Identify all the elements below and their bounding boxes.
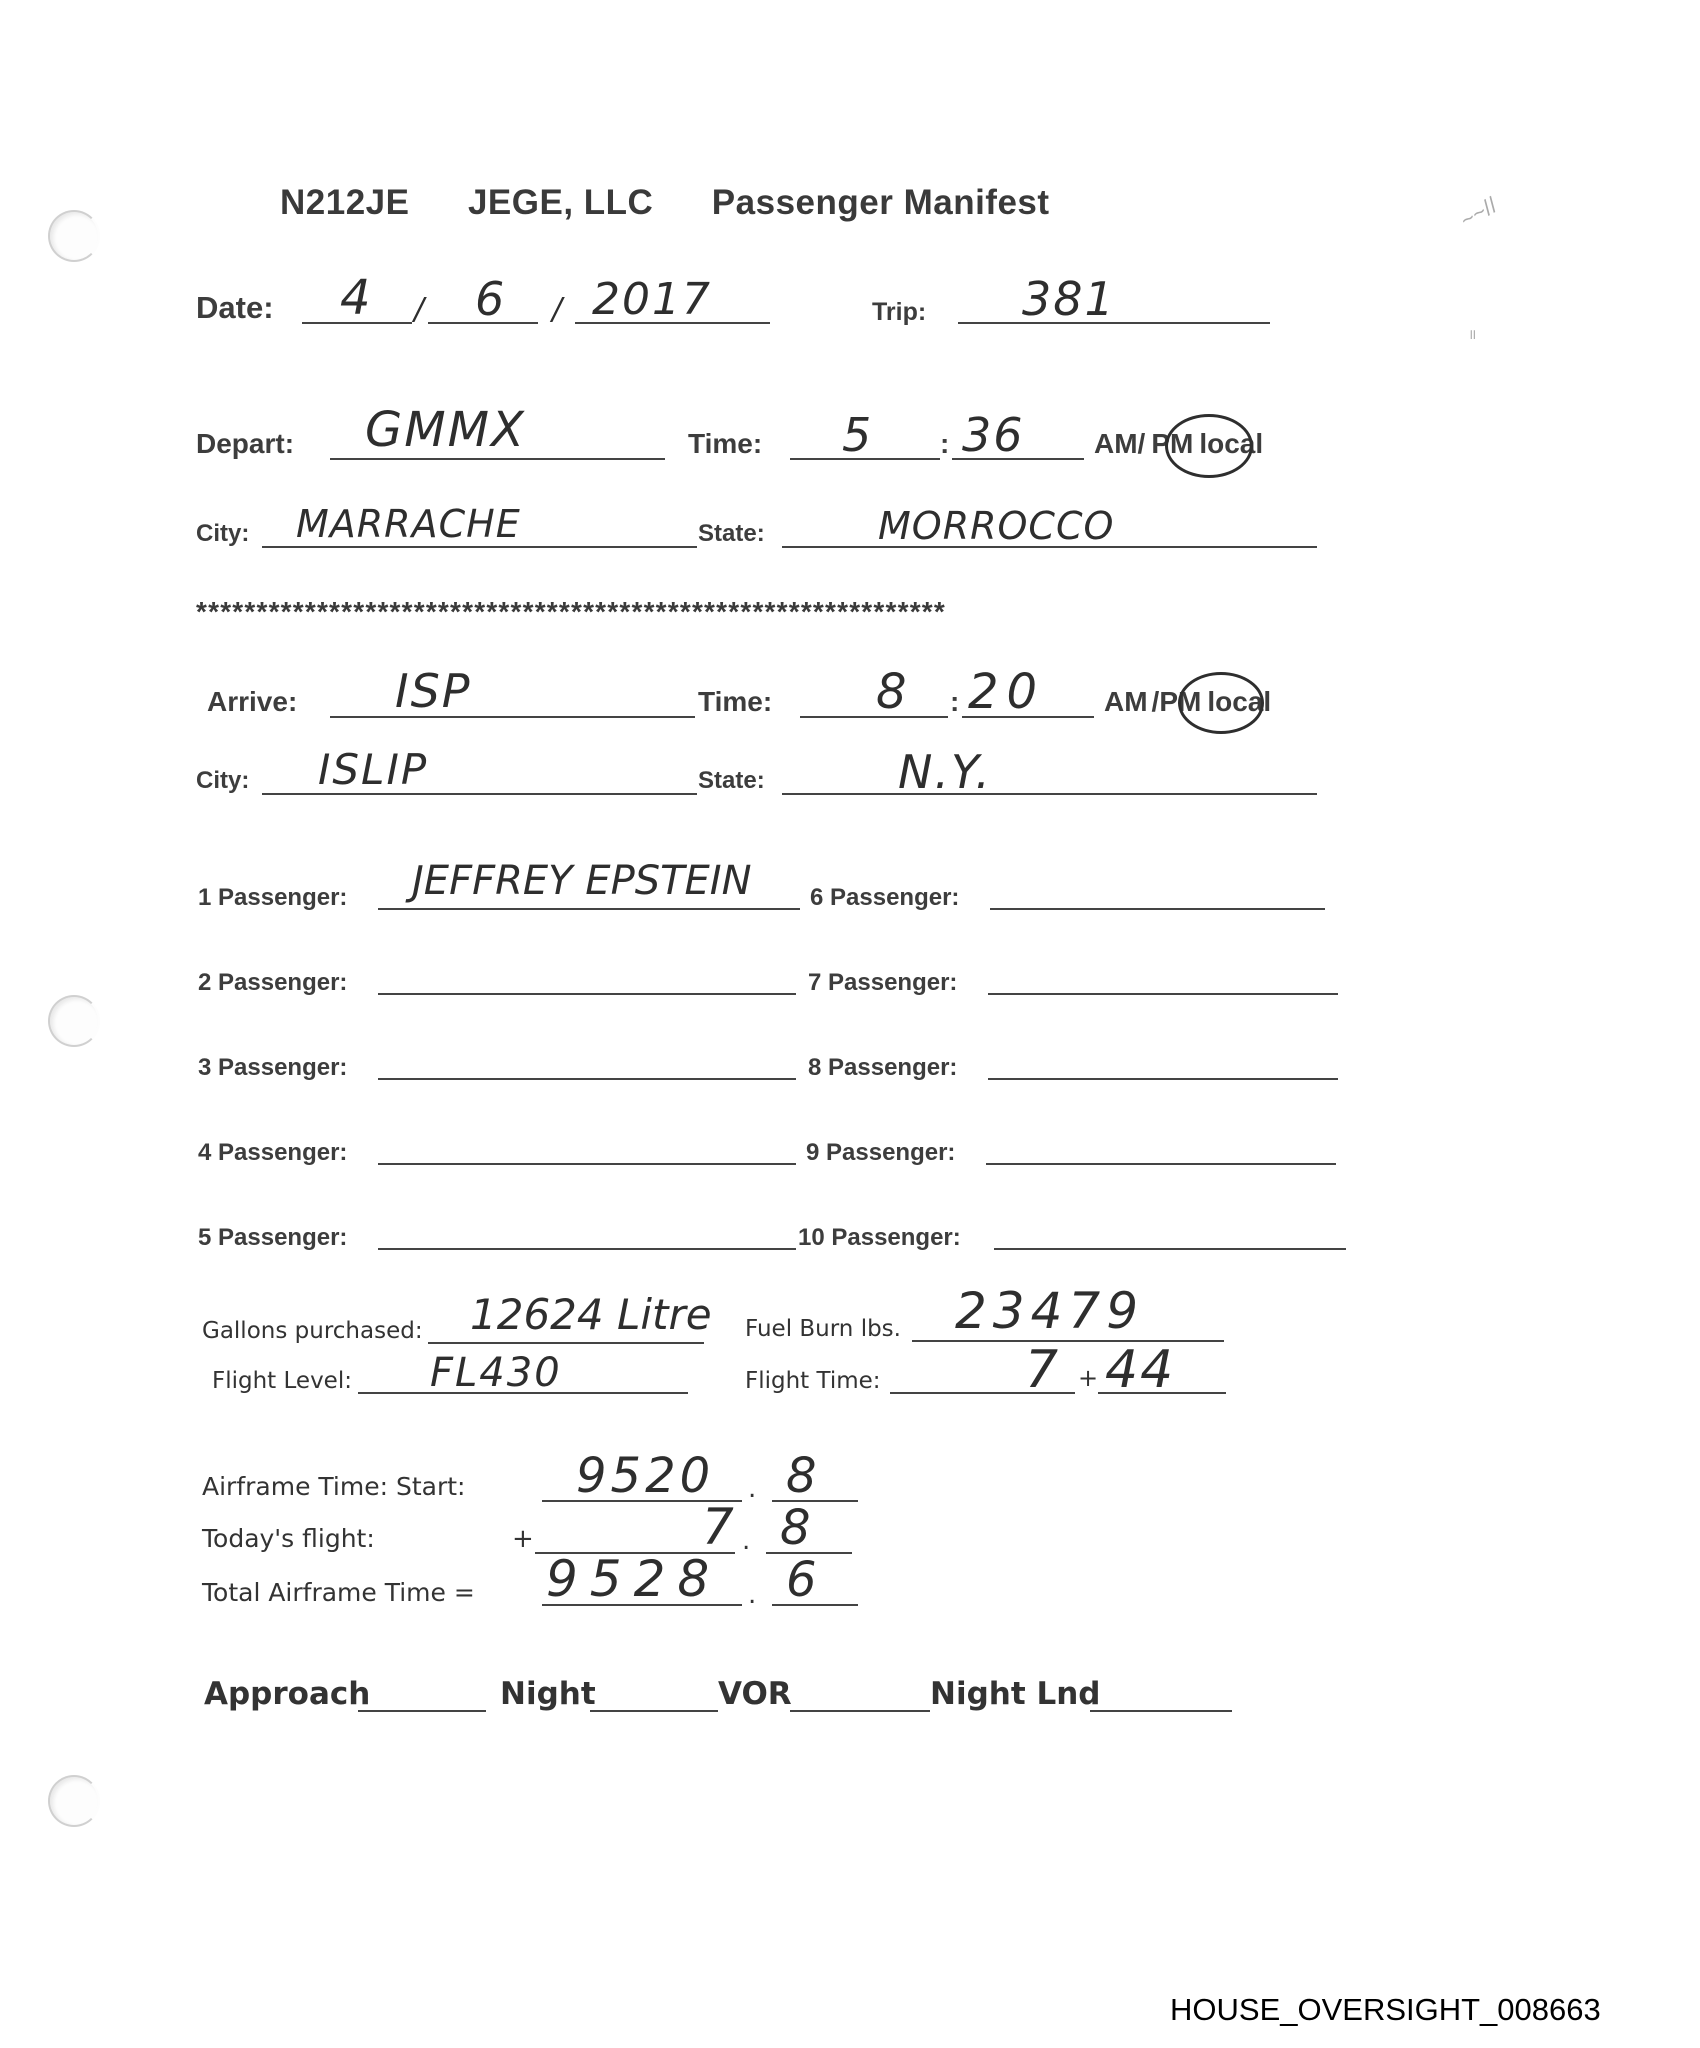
date-day-value: 6 <box>475 272 506 326</box>
fuel-burn-label: Fuel Burn lbs. <box>745 1316 901 1342</box>
approach-field[interactable] <box>358 1710 486 1712</box>
depart-city-field[interactable] <box>262 546 697 548</box>
depart-time-label: Time: <box>688 428 762 460</box>
arrive-label: Arrive: <box>207 686 297 718</box>
vor-label: VOR <box>718 1676 792 1712</box>
am-option[interactable]: AM <box>1104 686 1148 717</box>
arrive-time-colon: : <box>950 686 959 718</box>
passenger-1-name: JEFFREY EPSTEIN <box>412 858 752 904</box>
tail-number: N212JE <box>280 183 409 222</box>
fuel-burn-field[interactable] <box>912 1340 1224 1342</box>
depart-time-colon: : <box>940 428 949 460</box>
flight-time-label: Flight Time: <box>745 1368 881 1394</box>
flight-level-value: FL430 <box>430 1350 562 1396</box>
section-divider: ****************************************… <box>196 596 946 628</box>
flight-time-hours-value: 7 <box>1025 1340 1060 1400</box>
passenger-1-label: 1 Passenger: <box>198 884 347 912</box>
depart-hour-value: 5 <box>842 408 873 462</box>
hole-punch-bottom <box>48 1775 100 1827</box>
todays-flight-decimal-value: 8 <box>780 1500 813 1556</box>
gallons-value: 12624 Litre <box>470 1290 712 1339</box>
airframe-start-decimal-value: 8 <box>786 1448 819 1504</box>
airframe-start-label: Airframe Time: Start: <box>202 1472 465 1501</box>
company-name: JEGE, LLC <box>468 183 653 222</box>
arrive-hour-field[interactable] <box>800 716 948 718</box>
night-field[interactable] <box>590 1710 718 1712</box>
gallons-label: Gallons purchased: <box>202 1318 423 1344</box>
depart-city-value: MARRACHE <box>296 502 521 546</box>
am-option[interactable]: AM <box>1094 428 1138 459</box>
passenger-1-field[interactable] <box>378 908 800 910</box>
arrive-airport-value: ISP <box>395 664 472 718</box>
airframe-start-whole-value: 9520 <box>576 1448 714 1504</box>
gallons-field[interactable] <box>428 1342 704 1344</box>
pm-selected-circle <box>1178 672 1264 734</box>
passenger-2-field[interactable] <box>378 993 796 995</box>
flight-level-label: Flight Level: <box>212 1368 352 1394</box>
pm-selected-circle <box>1165 414 1253 478</box>
passenger-6-label: 6 Passenger: <box>810 884 959 912</box>
arrive-time-label: Time: <box>698 686 772 718</box>
passenger-5-field[interactable] <box>378 1248 796 1250</box>
depart-label: Depart: <box>196 428 294 460</box>
passenger-3-field[interactable] <box>378 1078 796 1080</box>
depart-airport-value: GMMX <box>365 402 526 458</box>
scan-mark: ~~// <box>1456 192 1502 233</box>
todays-flight-dot: . <box>742 1526 750 1556</box>
hole-punch-top <box>48 210 100 262</box>
airframe-start-dot: . <box>748 1474 756 1504</box>
night-landing-label: Night Lnd <box>930 1676 1100 1712</box>
passenger-9-label: 9 Passenger: <box>806 1139 955 1167</box>
passenger-8-label: 8 Passenger: <box>808 1054 957 1082</box>
date-year-value: 2017 <box>592 274 712 325</box>
form-header: N212JE JEGE, LLC Passenger Manifest <box>280 183 1050 223</box>
arrive-state-value: N.Y. <box>898 745 992 799</box>
depart-state-value: MORROCCO <box>878 504 1114 548</box>
total-airframe-whole-value: 9528 <box>546 1550 721 1608</box>
approach-label: Approach <box>204 1676 370 1712</box>
hole-punch-middle <box>48 995 100 1047</box>
trip-label: Trip: <box>872 298 926 327</box>
depart-city-label: City: <box>196 520 249 548</box>
form-title: Passenger Manifest <box>712 183 1050 222</box>
fuel-burn-value: 23479 <box>955 1282 1144 1340</box>
passenger-10-label: 10 Passenger: <box>798 1224 961 1252</box>
passenger-4-field[interactable] <box>378 1163 796 1165</box>
flight-time-plus: + <box>1078 1364 1098 1392</box>
depart-state-label: State: <box>698 520 765 548</box>
vor-field[interactable] <box>790 1710 930 1712</box>
passenger-9-field[interactable] <box>986 1163 1336 1165</box>
todays-flight-plus: + <box>512 1524 534 1554</box>
arrive-state-label: State: <box>698 767 765 795</box>
passenger-7-label: 7 Passenger: <box>808 969 957 997</box>
arrive-city-label: City: <box>196 767 249 795</box>
depart-minute-value: 36 <box>962 408 1025 462</box>
passenger-5-label: 5 Passenger: <box>198 1224 347 1252</box>
passenger-4-label: 4 Passenger: <box>198 1139 347 1167</box>
scan-mark: ॥ <box>1468 325 1476 344</box>
flight-time-minutes-value: 44 <box>1105 1340 1175 1400</box>
arrive-airport-field[interactable] <box>330 716 695 718</box>
arrive-state-field[interactable] <box>782 793 1317 795</box>
date-separator: / <box>552 292 564 327</box>
date-label: Date: <box>196 290 274 326</box>
date-month-value: 4 <box>340 270 373 326</box>
todays-flight-label: Today's flight: <box>202 1524 375 1553</box>
total-airframe-label: Total Airframe Time = <box>202 1578 475 1607</box>
trip-value: 381 <box>1022 272 1116 326</box>
night-label: Night <box>500 1676 596 1712</box>
arrive-hour-value: 8 <box>876 664 909 720</box>
passenger-3-label: 3 Passenger: <box>198 1054 347 1082</box>
total-airframe-decimal-value: 6 <box>786 1552 819 1608</box>
arrive-minute-value: 20 <box>968 664 1045 720</box>
total-airframe-dot: . <box>748 1580 756 1610</box>
depart-airport-field[interactable] <box>330 458 665 460</box>
passenger-7-field[interactable] <box>988 993 1338 995</box>
todays-flight-whole-value: 7 <box>702 1498 736 1556</box>
passenger-2-label: 2 Passenger: <box>198 969 347 997</box>
bates-number: HOUSE_OVERSIGHT_008663 <box>1170 1992 1601 2028</box>
passenger-6-field[interactable] <box>990 908 1325 910</box>
night-landing-field[interactable] <box>1090 1710 1232 1712</box>
arrive-city-value: ISLIP <box>318 745 428 794</box>
passenger-10-field[interactable] <box>994 1248 1346 1250</box>
passenger-8-field[interactable] <box>988 1078 1338 1080</box>
date-separator: / <box>414 292 426 327</box>
